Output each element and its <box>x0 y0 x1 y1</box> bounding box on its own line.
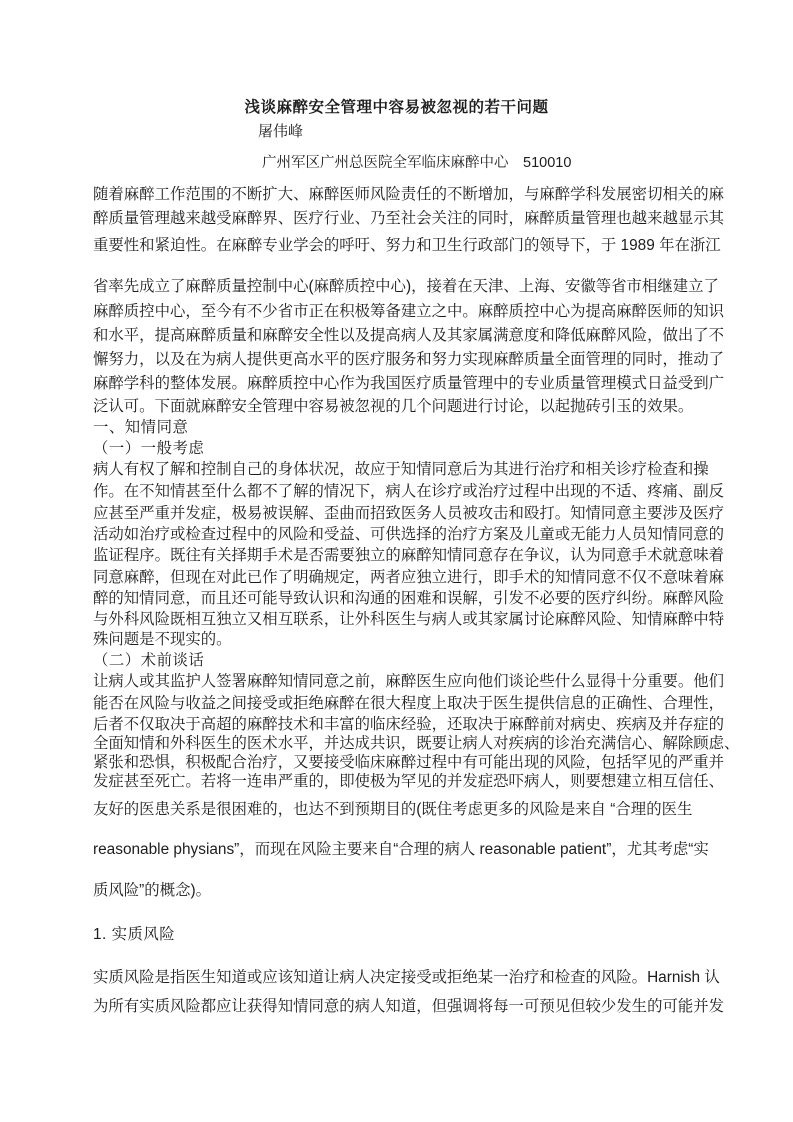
text-line: reasonable physians”，而现在风险主要来自“合理的病人 rea… <box>93 840 709 859</box>
text-line: 后者不仅取决于高超的麻醉技术和丰富的临床经验，还取决于麻醉前对病史、疾病及并存症… <box>93 715 724 734</box>
text-line: 活动如治疗或检查过程中的风险和受益、可供选择的治疗方案及儿童或无能力人员知情同意… <box>93 525 724 544</box>
text-line: 让病人或其监护人签署麻醉知情同意之前，麻醉医生应向他们谈论些什么显得十分重要。他… <box>93 672 724 691</box>
text-line: 重要性和紧迫性。在麻醉专业学会的呼吁、努力和卫生行政部门的领导下，于 1989 … <box>93 236 721 255</box>
text-line: 与外科风险既相互独立又相互联系，让外科医生与病人或其家属讨论麻醉风险、知情麻醉中… <box>93 610 724 629</box>
section-heading: 一、知情同意 <box>93 418 188 437</box>
text-line: 病人有权了解和控制自己的身体状况，故应于知情同意后为其进行治疗和相关诊疗检查和操 <box>93 460 709 479</box>
text-line: 醉的知情同意，而且还可能导致认识和沟通的困难和误解，引发不必要的医疗纠纷。麻醉风… <box>93 589 724 608</box>
affiliation-line: 广州军区广州总医院全军临床麻醉中心 510010 <box>262 151 571 172</box>
author-name: 屠伟峰 <box>258 120 303 141</box>
text-line: 省率先成立了麻醉质量控制中心(麻醉质控中心)，接着在天津、上海、安徽等省市相继建… <box>93 277 719 296</box>
text-line: 随着麻醉工作范围的不断扩大、麻醉医师风险责任的不断增加，与麻醉学科发展密切相关的… <box>93 185 724 204</box>
text-line: 殊问题是不现实的。 <box>93 630 232 649</box>
text-line: 监证程序。既往有关择期手术是否需要独立的麻醉知情同意存在争议，认为同意手术就意味… <box>93 546 724 565</box>
text-line: 和水平，提高麻醉质量和麻醉安全性以及提高病人及其家属满意度和降低麻醉风险，做出了… <box>93 326 724 345</box>
text-line: 麻醉学科的整体发展。麻醉质控中心作为我国医疗质量管理中的专业质量管理模式日益受到… <box>93 374 724 393</box>
text-line: 能否在风险与收益之间接受或拒绝麻醉在很大程度上取决于医生提供信息的正确性、合理性… <box>93 694 724 713</box>
text-line: 麻醉质控中心，至今有不少省市正在积极筹备建立之中。麻醉质控中心为提高麻醉医师的知… <box>93 302 724 321</box>
text-line: 发症甚至死亡。若将一连串严重的，即使极为罕见的并发症恐吓病人，则要想建立相互信任… <box>93 772 724 791</box>
text-line: 醉质量管理越来越受麻醉界、医疗行业、乃至社会关注的同时，麻醉质量管理也越来越显示… <box>93 209 724 228</box>
text-line: 泛认可。下面就麻醉安全管理中容易被忽视的几个问题进行讨论，以起抛砖引玉的效果。 <box>93 397 693 416</box>
text-line: 懈努力，以及在为病人提供更高水平的医疗服务和努力实现麻醉质量全面管理的同时，推动… <box>93 350 724 369</box>
section-heading: （一）一般考虑 <box>93 439 204 458</box>
text-line: 同意麻醉，但现在对此已作了明确规定，两者应独立进行，即手术的知情同意不仅不意味着… <box>93 568 724 587</box>
document-title: 浅谈麻醉安全管理中容易被忽视的若干问题 <box>0 95 793 117</box>
text-line: 为所有实质风险都应让获得知情同意的病人知道，但强调将每一可预见但较少发生的可能并… <box>93 997 724 1016</box>
document-page: 浅谈麻醉安全管理中容易被忽视的若干问题 屠伟峰 广州军区广州总医院全军临床麻醉中… <box>0 0 793 1122</box>
text-line: 质风险”的概念)。 <box>93 881 211 900</box>
text-line: 作。在不知情甚至什么都不了解的情况下，病人在诊疗或治疗过程中出现的不适、疼痛、副… <box>93 482 724 501</box>
section-heading: 1. 实质风险 <box>93 925 175 944</box>
section-heading: （二）术前谈话 <box>93 651 204 670</box>
text-line: 实质风险是指医生知道或应该知道让病人决定接受或拒绝某一治疗和检查的风险。Harn… <box>93 968 720 987</box>
text-line: 友好的医患关系是很困难的，也达不到预期目的(既住考虑更多的风险是来自 “合理的医… <box>93 800 692 819</box>
text-line: 紧张和恐惧，积极配合治疗，又要接受临床麻醉过程中有可能出现的风险，包括罕见的严重… <box>93 753 724 772</box>
text-line: 应甚至严重并发症，极易被误解、歪曲而招致医务人员被攻击和殴打。知情同意主要涉及医… <box>93 504 724 523</box>
text-line: 全面知情和外科医生的医术水平，并达成共识，既要让病人对疾病的诊治充满信心、解除顾… <box>93 734 739 753</box>
